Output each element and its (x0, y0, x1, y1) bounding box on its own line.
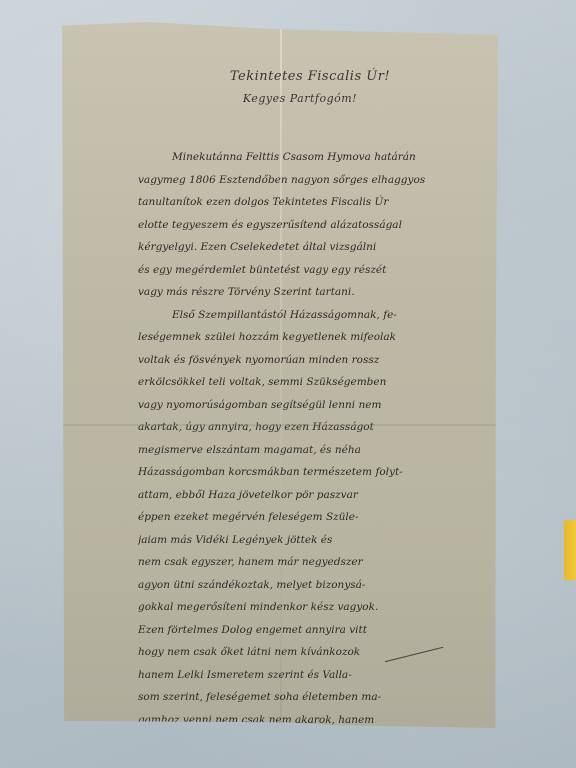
letter-line: kérgyelgyi. Ezen Cselekedetet által vizs… (138, 236, 488, 259)
letter-line: vagy nyomorúságomban segítségül lenni ne… (138, 394, 488, 417)
letter-line: Minekutánna Felttis Csasom Hymova határá… (138, 146, 488, 169)
letter-line: hogy nem csak őket látni nem kívánkozok (138, 641, 488, 664)
letter-line: gokkal megerősíteni mindenkor kész vagyo… (138, 596, 488, 619)
letter-line: jaiam más Vidéki Legények jöttek és (138, 529, 488, 552)
letter-line: éppen ezeket megérvén feleségem Szüle- (138, 506, 488, 529)
letter-line: voltak és fösvények nyomorúan minden ros… (138, 349, 488, 372)
letter-line: megismerve elszántam magamat, és néha (138, 439, 488, 462)
letter-line: agyon ütni szándékoztak, melyet bizonysá… (138, 574, 488, 597)
yellow-object-edge (564, 520, 576, 580)
letter-line: Ezen förtelmes Dolog engemet annyira vit… (138, 619, 488, 642)
letter-line: tanultanítok ezen dolgos Tekintetes Fisc… (138, 191, 488, 214)
letter-line: som szerint, feleségemet soha életemben … (138, 686, 488, 709)
letter-line: akartak, úgy annyira, hogy ezen Házasság… (138, 416, 488, 439)
letter-line: Első Szempillantástól Házasságomnak, fe- (138, 304, 488, 327)
letter-line: vagy más részre Törvény Szerint tartani. (138, 281, 488, 304)
letter-salutation-line-2: Kegyes Partfogóm! (102, 92, 498, 105)
letter-body: Minekutánna Felttis Csasom Hymova határá… (138, 146, 488, 731)
letter-line: vagymeg 1806 Esztendőben nagyon sőrges e… (138, 169, 488, 192)
letter-line: és egy megérdemlet büntetést vagy egy ré… (138, 259, 488, 282)
letter-line: Házasságomban korcsmákban természetem fo… (138, 461, 488, 484)
letter-line: attam, ebből Haza jövetelkor pör paszvar (138, 484, 488, 507)
letter-line: elotte tegyeszem és egyszerűsítend aláza… (138, 214, 488, 237)
letter-line: erkölcsökkel teli voltak, semmi Szüksége… (138, 371, 488, 394)
handwritten-letter-page: Tekintetes Fiscalis Úr! Kegyes Partfogóm… (62, 22, 498, 728)
letter-line: leségemnek szülei hozzám kegyetlenek mif… (138, 326, 488, 349)
letter-line: hanem Lelki Ismeretem szerint és Valla- (138, 664, 488, 687)
letter-salutation-line-1: Tekintetes Fiscalis Úr! (122, 69, 498, 84)
letter-line: nem csak egyszer, hanem már negyedszer (138, 551, 488, 574)
